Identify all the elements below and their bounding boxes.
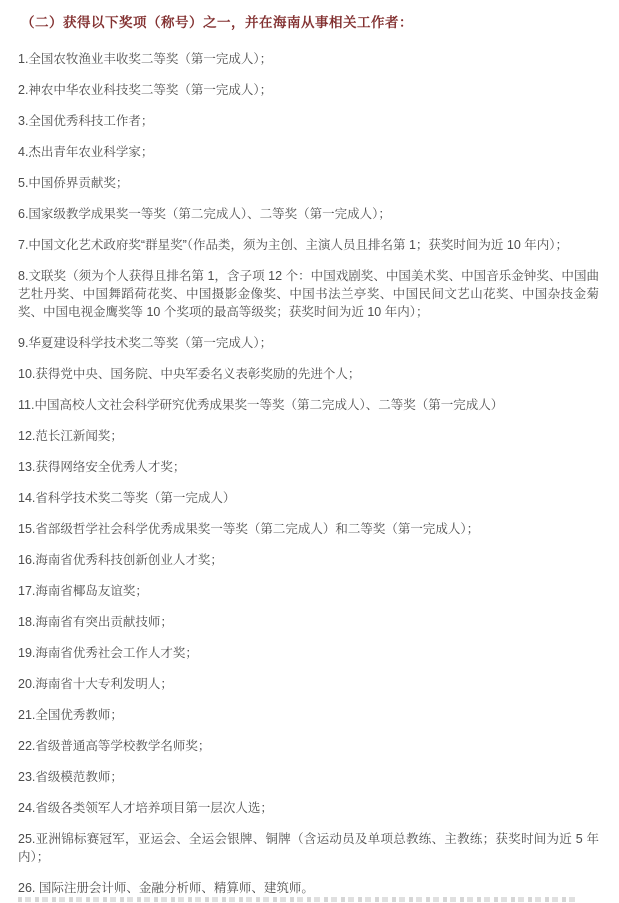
clipped-next-line (18, 897, 579, 902)
award-item: 21.全国优秀教师； (18, 706, 599, 724)
award-item: 19.海南省优秀社会工作人才奖； (18, 644, 599, 662)
award-list: 1.全国农牧渔业丰收奖二等奖（第一完成人）；2.神农中华农业科技奖二等奖（第一完… (18, 50, 599, 897)
award-item: 12.范长江新闻奖； (18, 427, 599, 445)
award-item: 17.海南省椰岛友谊奖； (18, 582, 599, 600)
award-item: 23.省级模范教师； (18, 768, 599, 786)
award-item: 1.全国农牧渔业丰收奖二等奖（第一完成人）； (18, 50, 599, 68)
award-item: 7.中国文化艺术政府奖“群星奖”（作品类，须为主创、主演人员且排名第 1；获奖时… (18, 236, 599, 254)
award-item: 5.中国侨界贡献奖； (18, 174, 599, 192)
award-item: 3.全国优秀科技工作者； (18, 112, 599, 130)
award-item: 15.省部级哲学社会科学优秀成果奖一等奖（第二完成人）和二等奖（第一完成人）； (18, 520, 599, 538)
award-item: 6.国家级教学成果奖一等奖（第二完成人）、二等奖（第一完成人）； (18, 205, 599, 223)
award-item: 16.海南省优秀科技创新创业人才奖； (18, 551, 599, 569)
award-item: 4.杰出青年农业科学家； (18, 143, 599, 161)
section-heading: （二）获得以下奖项（称号）之一，并在海南从事相关工作者： (21, 14, 599, 32)
award-item: 26. 国际注册会计师、金融分析师、精算师、建筑师。 (18, 879, 599, 897)
award-item: 8.文联奖（须为个人获得且排名第 1，含子项 12 个：中国戏剧奖、中国美术奖、… (18, 267, 599, 321)
award-item: 25.亚洲锦标赛冠军，亚运会、全运会银牌、铜牌（含运动员及单项总教练、主教练；获… (18, 830, 599, 866)
award-item: 10.获得党中央、国务院、中央军委名义表彰奖励的先进个人； (18, 365, 599, 383)
award-item: 11.中国高校人文社会科学研究优秀成果奖一等奖（第二完成人）、二等奖（第一完成人… (18, 396, 599, 414)
award-item: 18.海南省有突出贡献技师； (18, 613, 599, 631)
award-item: 22.省级普通高等学校教学名师奖； (18, 737, 599, 755)
award-item: 14.省科学技术奖二等奖（第一完成人） (18, 489, 599, 507)
document-page: （二）获得以下奖项（称号）之一，并在海南从事相关工作者： 1.全国农牧渔业丰收奖… (0, 0, 619, 903)
award-item: 20.海南省十大专利发明人； (18, 675, 599, 693)
award-item: 2.神农中华农业科技奖二等奖（第一完成人）； (18, 81, 599, 99)
award-item: 13.获得网络安全优秀人才奖； (18, 458, 599, 476)
award-item: 24.省级各类领军人才培养项目第一层次人选； (18, 799, 599, 817)
award-item: 9.华夏建设科学技术奖二等奖（第一完成人）； (18, 334, 599, 352)
